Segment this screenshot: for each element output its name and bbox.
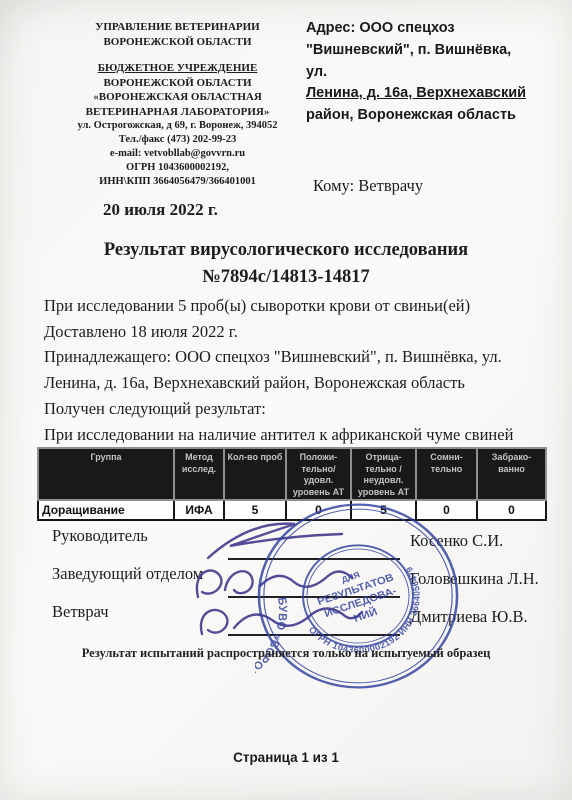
recipient-address-line: район, Воронежская область [306,105,530,127]
column-header-negative: Отрица- тельно / неудовл. уровень АТ [351,448,416,500]
org-inn-kpp: ИНН\КПП 3664056479/366401001 [55,175,300,189]
column-header-method: Метод исслед. [174,448,224,500]
cell-sample-count: 5 [224,500,286,520]
signature-row: Заведующий отделом Головешкина Л.Н. [52,560,544,598]
table-row: Доращивание ИФА 5 0 5 0 0 [38,500,546,520]
org-address: ул. Острогожская, д 69, г. Воронеж, 3940… [55,119,300,133]
document-date: 20 июля 2022 г. [103,200,218,220]
recipient-address-line: "Вишневский", п. Вишнёвка, ул. [306,40,530,84]
org-phone: Тел./факс (473) 202-99-23 [55,133,300,147]
org-institution-line: ВОРОНЕЖСКОЙ ОБЛАСТИ [55,76,300,91]
org-institution-line: БЮДЖЕТНОЕ УЧРЕЖДЕНИЕ [55,61,300,76]
signature-line [228,568,400,598]
document-title-line2: №7894с/14813-14817 [0,264,572,291]
recipient-address-block: Адрес: ООО спецхоз "Вишневский", п. Вишн… [306,18,530,127]
cell-positive: 0 [286,500,351,520]
body-paragraph: Доставлено 18 июля 2022 г. [44,319,544,345]
cell-doubtful: 0 [416,500,477,520]
recipient-to: Кому: Ветврачу [313,176,423,196]
cell-group: Доращивание [38,500,174,520]
letterhead-org-block: УПРАВЛЕНИЕ ВЕТЕРИНАРИИ ВОРОНЕЖСКОЙ ОБЛАС… [55,20,300,188]
document-title-line1: Результат вирусологического исследования [0,237,572,264]
body-paragraph: При исследовании 5 проб(ы) сыворотки кро… [44,293,544,319]
body-paragraph: Принадлежащего: ООО спецхоз "Вишневский"… [44,344,544,395]
results-table: Группа Метод исслед. Кол-во проб Положи-… [37,447,547,521]
cell-rejected: 0 [477,500,546,520]
signature-role: Заведующий отделом [52,560,228,584]
signature-role: Ветврач [52,598,228,622]
cell-method: ИФА [174,500,224,520]
org-department-line: ВОРОНЕЖСКОЙ ОБЛАСТИ [55,35,300,50]
signature-row: Ветврач Дмитриева Ю.В. [52,598,544,636]
column-header-rejected: Забрако- ванно [477,448,546,500]
recipient-address-line: Адрес: ООО спецхоз [306,18,530,40]
org-institution-line: ВЕТЕРИНАРНАЯ ЛАБОРАТОРИЯ» [55,105,300,120]
signature-block: Руководитель Косенко С.И. Заведующий отд… [52,522,544,636]
signature-row: Руководитель Косенко С.И. [52,522,544,560]
cell-negative: 5 [351,500,416,520]
signature-line [228,606,400,636]
body-paragraph: Получен следующий результат: [44,396,544,422]
document-title: Результат вирусологического исследования… [0,237,572,292]
column-header-group: Группа [38,448,174,500]
column-header-positive: Положи- тельно/ удовл. уровень АТ [286,448,351,500]
spacer [55,49,300,61]
org-institution-line: «ВОРОНЕЖСКАЯ ОБЛАСТНАЯ [55,90,300,105]
page-number: Страница 1 из 1 [0,750,572,765]
recipient-address-line: Ленина, д. 16а, Верхнехавский [306,83,530,105]
signature-name: Дмитриева Ю.В. [400,607,528,636]
column-header-sample-count: Кол-во проб [224,448,286,500]
scanned-document: УПРАВЛЕНИЕ ВЕТЕРИНАРИИ ВОРОНЕЖСКОЙ ОБЛАС… [0,0,572,800]
column-header-doubtful: Сомни- тельно [416,448,477,500]
table-header-row: Группа Метод исслед. Кол-во проб Положи-… [38,448,546,500]
disclaimer-note: Результат испытаний распространяется тол… [0,646,572,661]
signature-line [228,530,400,560]
org-ogrn: ОГРН 1043600002192, [55,161,300,175]
signature-name: Косенко С.И. [400,531,503,560]
org-department-line: УПРАВЛЕНИЕ ВЕТЕРИНАРИИ [55,20,300,35]
signature-role: Руководитель [52,522,228,546]
signature-name: Головешкина Л.Н. [400,569,539,598]
org-email: e-mail: vetvobllab@govvrn.ru [55,147,300,161]
